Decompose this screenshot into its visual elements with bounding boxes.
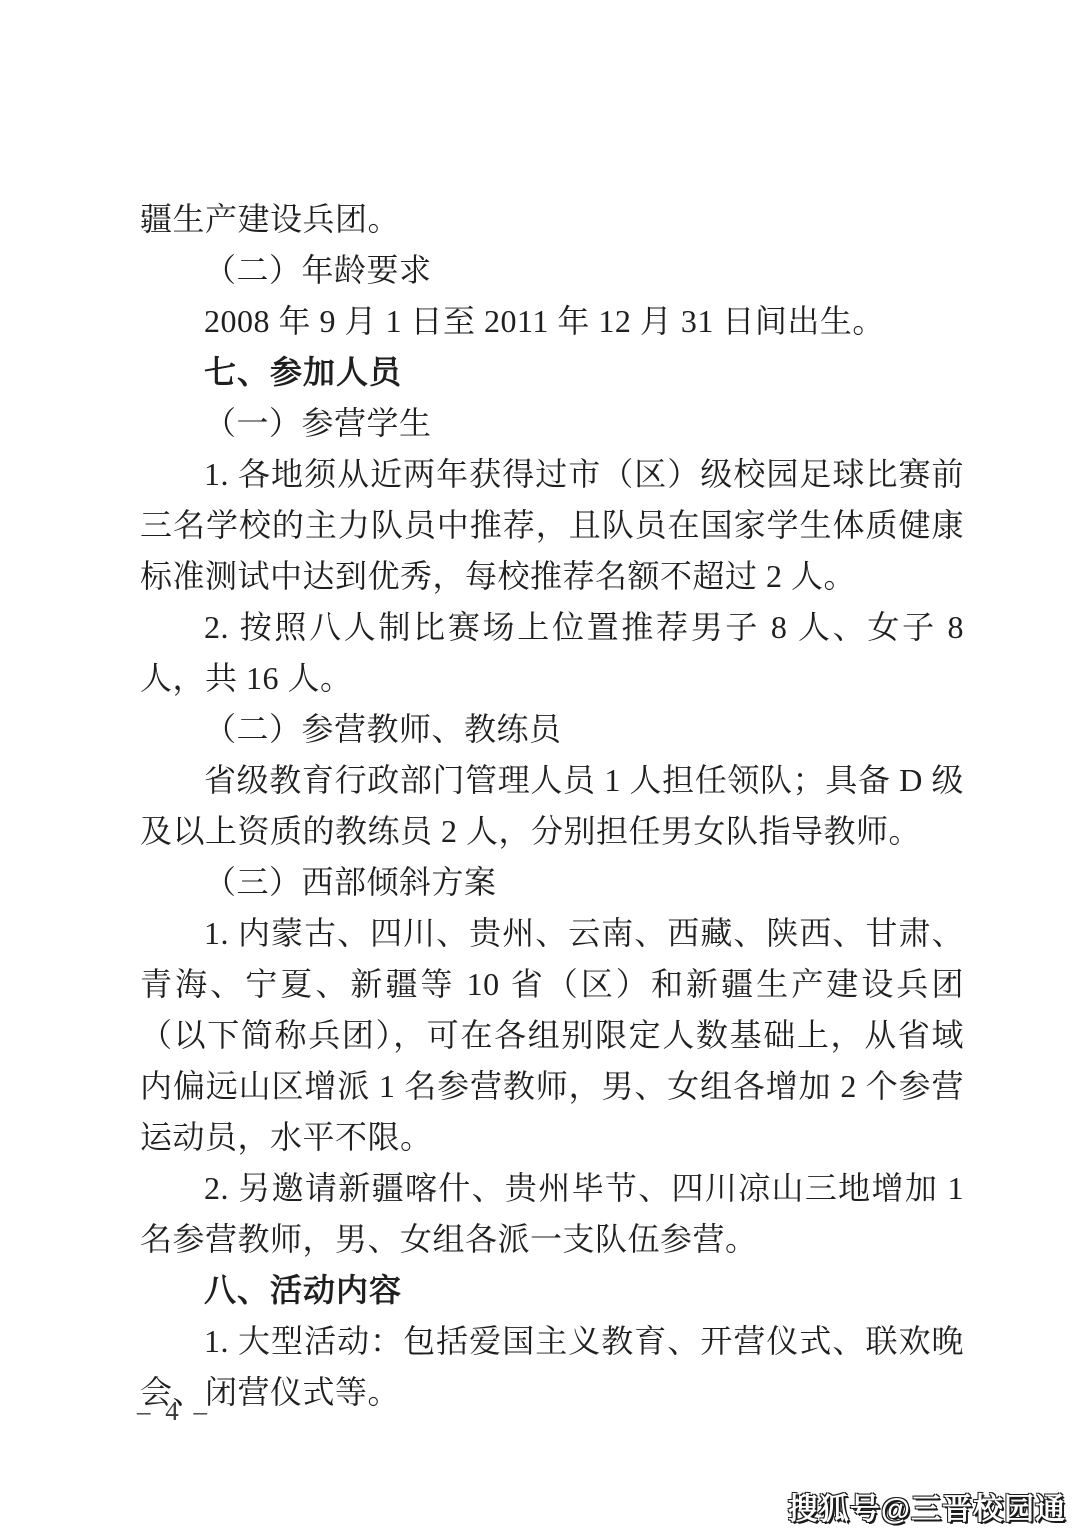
paragraph: 疆生产建设兵团。 [140,194,964,245]
paragraph: 1. 各地须从近两年获得过市（区）级校园足球比赛前三名学校的主力队员中推荐，且队… [140,449,964,602]
paragraph: （三）西部倾斜方案 [140,857,964,908]
paragraph: （一）参营学生 [140,398,964,449]
watermark-label: 搜狐号@三晋校园通 [788,1484,1066,1528]
section-heading: 七、参加人员 [140,347,964,398]
paragraph: （二）年龄要求 [140,245,964,296]
document-page: 疆生产建设兵团。（二）年龄要求2008 年 9 月 1 日至 2011 年 12… [0,0,1080,1528]
page-number: – 4 – [137,1396,211,1427]
paragraph: （二）参营教师、教练员 [140,704,964,755]
section-heading: 八、活动内容 [140,1265,964,1316]
paragraph: 2008 年 9 月 1 日至 2011 年 12 月 31 日间出生。 [140,296,964,347]
paragraph: 1. 大型活动：包括爱国主义教育、开营仪式、联欢晚会、闭营仪式等。 [140,1316,964,1418]
paragraph: 2. 按照八人制比赛场上位置推荐男子 8 人、女子 8 人，共 16 人。 [140,602,964,704]
paragraph: 2. 另邀请新疆喀什、贵州毕节、四川凉山三地增加 1 名参营教师，男、女组各派一… [140,1163,964,1265]
paragraph: 1. 内蒙古、四川、贵州、云南、西藏、陕西、甘肃、青海、宁夏、新疆等 10 省（… [140,908,964,1163]
document-body: 疆生产建设兵团。（二）年龄要求2008 年 9 月 1 日至 2011 年 12… [140,194,964,1418]
paragraph: 省级教育行政部门管理人员 1 人担任领队；具备 D 级及以上资质的教练员 2 人… [140,755,964,857]
